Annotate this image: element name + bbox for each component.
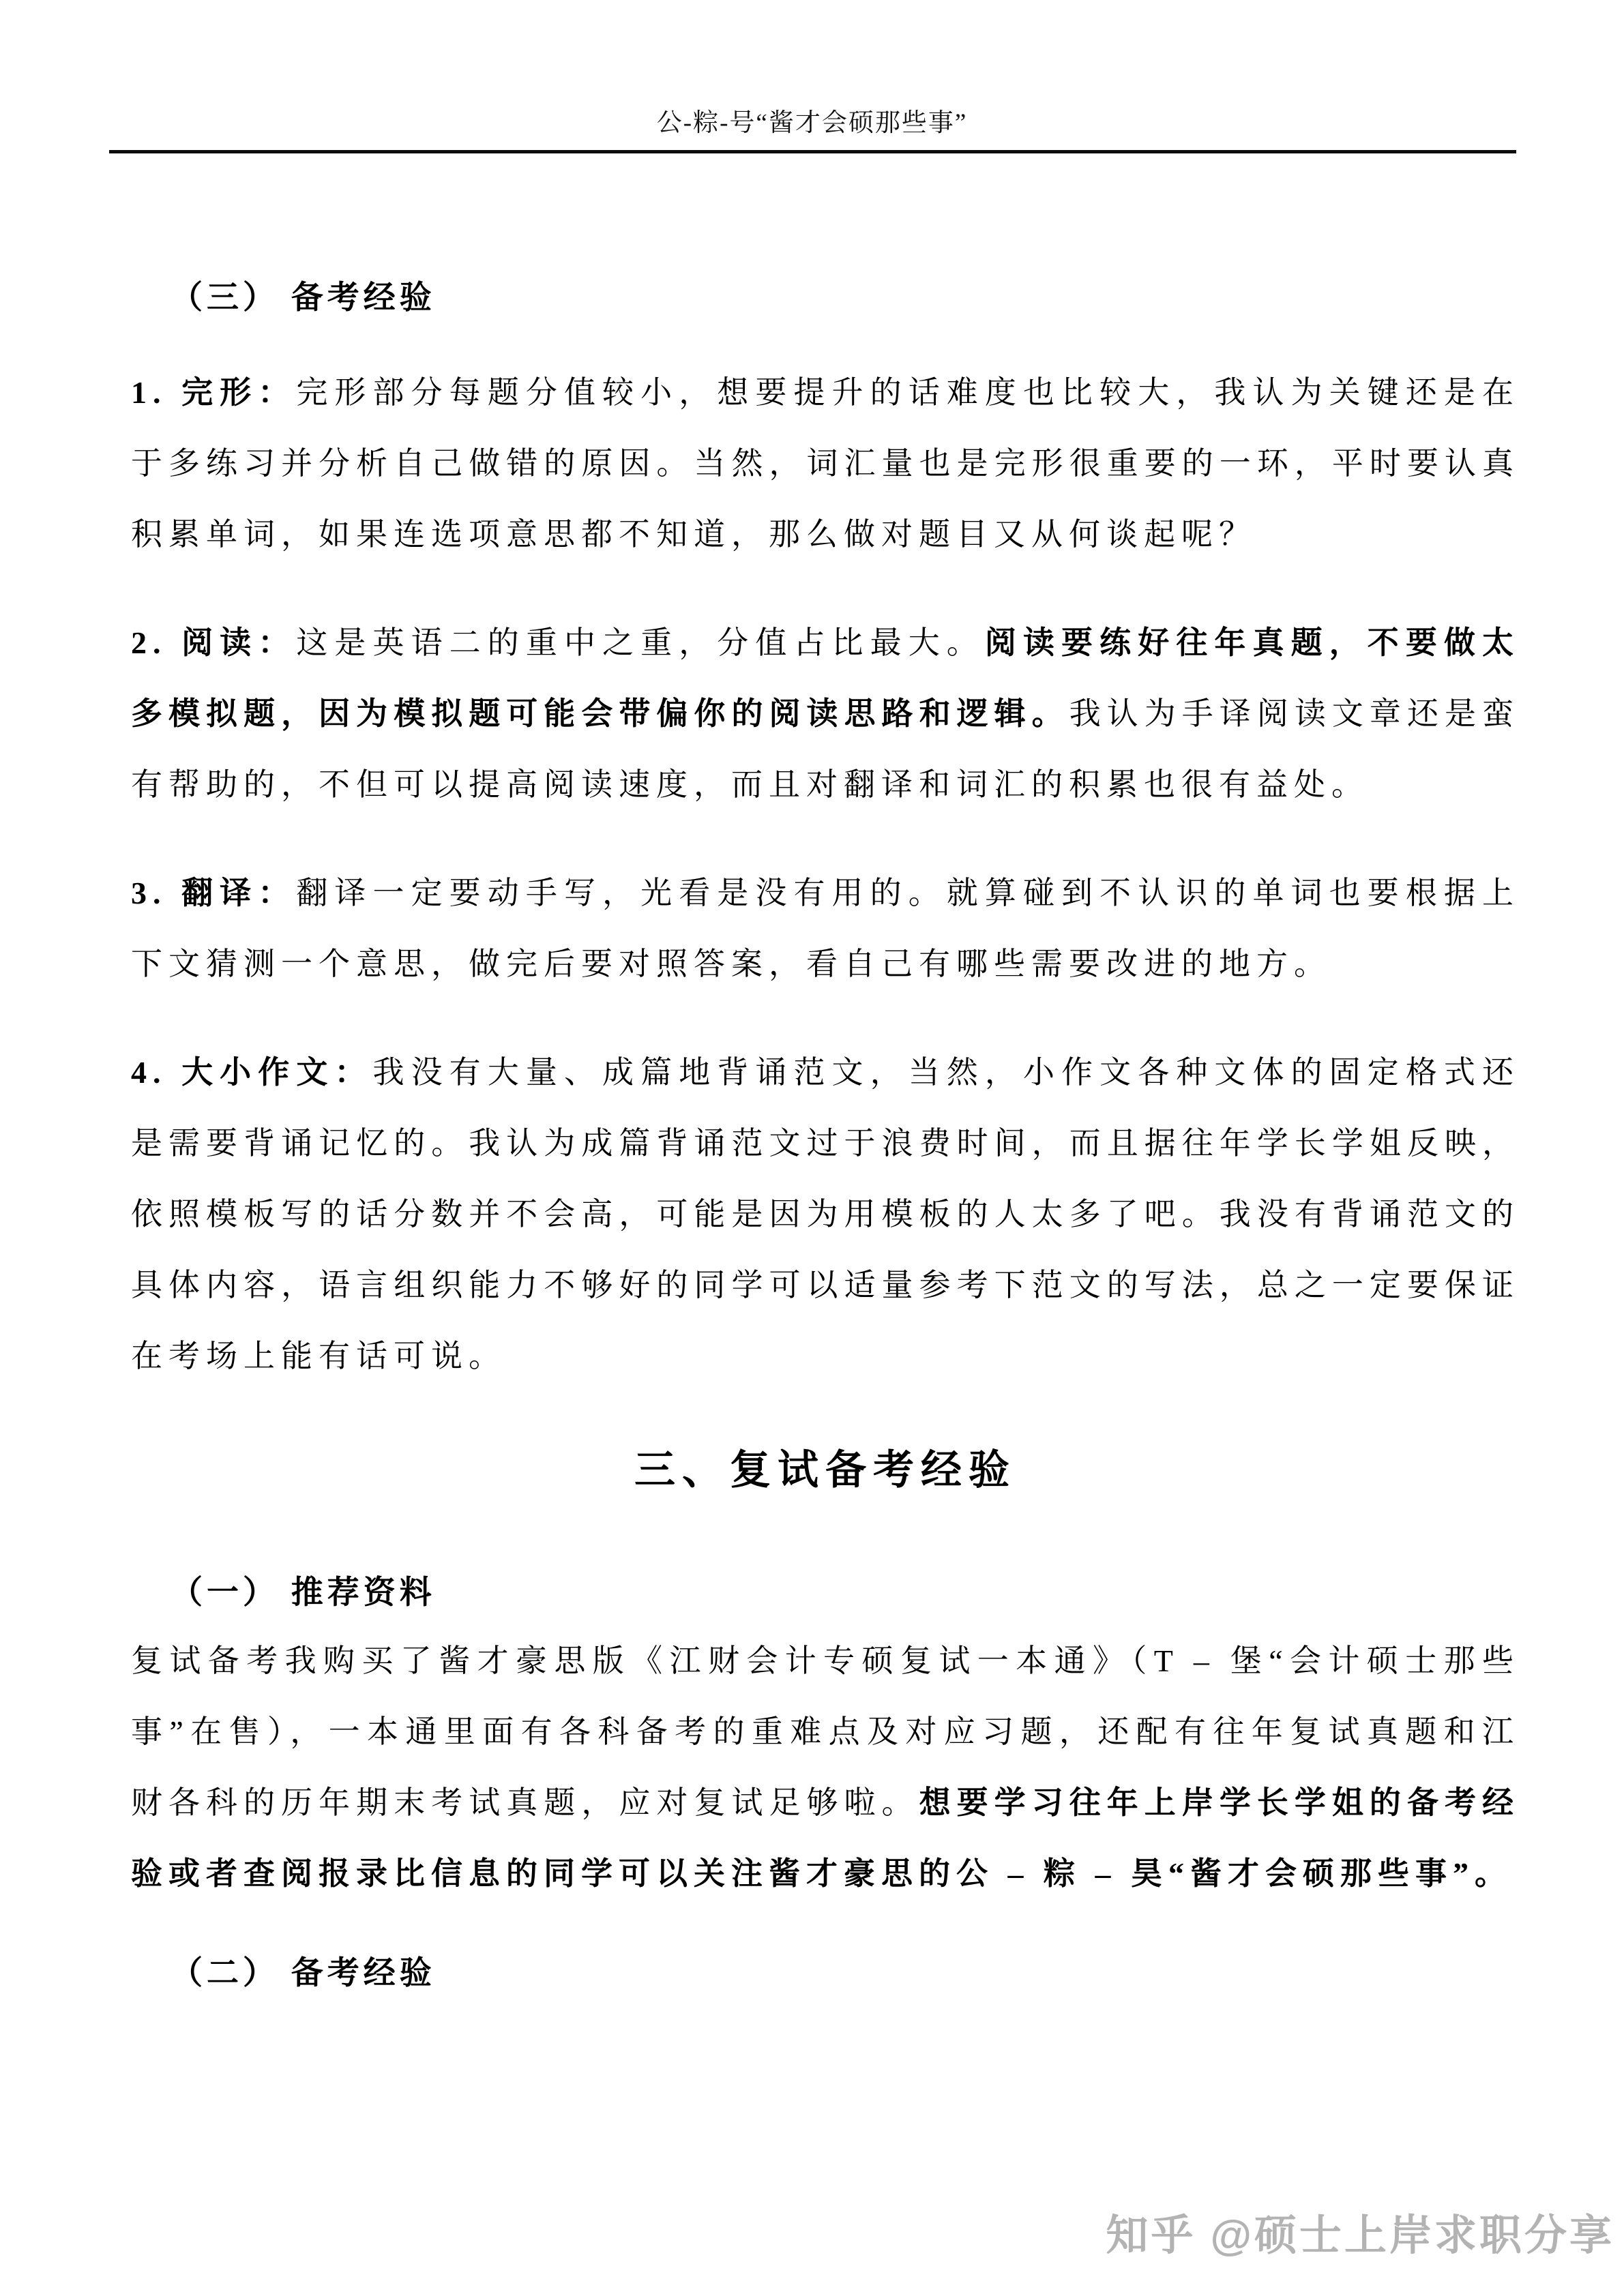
paragraph-translation-text: 翻译一定要动手写，光看是没有用的。就算碰到不认识的单词也要根据上下文猜测一个意思… xyxy=(131,876,1520,981)
paragraph-reading-text-pre: 这是英语二的重中之重，分值占比最大。 xyxy=(296,625,985,660)
paragraph-reading-label: 2. 阅读： xyxy=(131,625,296,660)
paragraph-translation-label: 3. 翻译： xyxy=(131,876,296,910)
paragraph-cloze-text: 完形部分每题分值较小，想要提升的话难度也比较大，我认为关键还是在于多练习并分析自… xyxy=(131,375,1520,552)
paragraph-cloze-label: 1. 完形： xyxy=(131,375,296,410)
document-body: （三） 备考经验 1. 完形：完形部分每题分值较小，想要提升的话难度也比较大，我… xyxy=(131,276,1520,1995)
paragraph-writing-text: 我没有大量、成篇地背诵范文，当然，小作文各种文体的固定格式还是需要背诵记忆的。我… xyxy=(131,1055,1520,1373)
zhihu-watermark: 知乎 @硕士上岸求职分享 xyxy=(1106,2201,1614,2262)
paragraph-retest-materials: 复试备考我购买了酱才豪思版《江财会计专硕复试一本通》（T – 堡“会计硕士那些事… xyxy=(131,1626,1520,1909)
header-divider-rule xyxy=(109,150,1516,153)
chapter-heading-retest-experience: 三、复试备考经验 xyxy=(131,1443,1520,1497)
page-header-title: 公-粽-号“酱才会硕那些事” xyxy=(0,0,1624,139)
paragraph-writing-label: 4. 大小作文： xyxy=(131,1055,373,1090)
paragraph-translation: 3. 翻译：翻译一定要动手写，光看是没有用的。就算碰到不认识的单词也要根据上下文… xyxy=(131,858,1520,1000)
section-heading-recommended-materials: （一） 推荐资料 xyxy=(171,1571,1520,1615)
section-heading-retest-prep-experience: （二） 备考经验 xyxy=(171,1952,1520,1995)
paragraph-writing: 4. 大小作文：我没有大量、成篇地背诵范文，当然，小作文各种文体的固定格式还是需… xyxy=(131,1037,1520,1392)
section-heading-prep-experience: （三） 备考经验 xyxy=(171,276,1520,320)
paragraph-cloze: 1. 完形：完形部分每题分值较小，想要提升的话难度也比较大，我认为关键还是在于多… xyxy=(131,357,1520,570)
paragraph-reading: 2. 阅读：这是英语二的重中之重，分值占比最大。阅读要练好往年真题，不要做太多模… xyxy=(131,608,1520,820)
